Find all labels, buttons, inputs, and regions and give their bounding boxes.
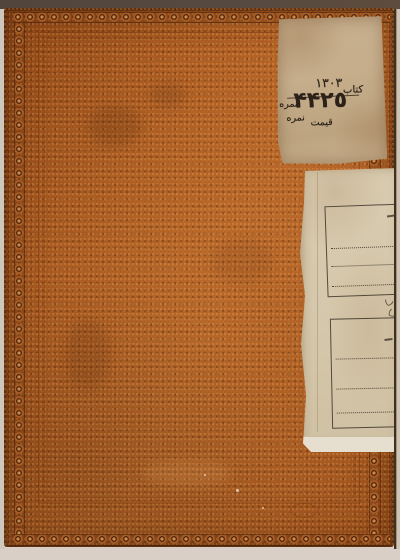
tooled-border-bottom <box>12 534 390 546</box>
catalog-label-number-word: نمره <box>279 99 298 110</box>
dotted-rule-line <box>337 410 396 413</box>
paper-crease <box>317 172 318 432</box>
leather-stain <box>212 238 272 284</box>
catalog-label-number: ۴۴۲٥ <box>297 88 347 114</box>
paint-speck <box>204 474 206 476</box>
leather-stain <box>150 82 186 108</box>
catalog-label: ١٣٠٣ كتاب ۴۴۲٥ نمره نمره قيمت <box>276 16 388 165</box>
dotted-rule-line <box>336 356 395 359</box>
dotted-rule-line <box>336 386 395 389</box>
catalog-label-number-word: نمره <box>286 112 305 123</box>
dotted-rule-line <box>331 245 395 249</box>
paint-speck <box>262 507 264 509</box>
page-edge-strip <box>394 9 400 549</box>
ledger-label <box>299 168 400 452</box>
ledger-label-bottom-strip <box>299 436 400 452</box>
worn-patch <box>142 460 232 486</box>
handwritten-mark <box>384 334 393 341</box>
dotted-rule-line <box>331 263 395 267</box>
bottom-center-tooled-motif <box>290 503 318 518</box>
book-cover-photo: ١٣٠٣ كتاب ۴۴۲٥ نمره نمره قيمت <box>0 0 400 560</box>
ledger-form-box-2 <box>330 317 400 428</box>
tooled-border-left <box>14 23 25 534</box>
leather-stain <box>88 106 142 146</box>
ledger-form-box-1 <box>324 204 400 298</box>
catalog-label-price-word: قيمت <box>310 117 332 128</box>
leather-stain <box>66 320 110 390</box>
dotted-rule-line <box>332 283 396 287</box>
paint-speck <box>236 489 239 492</box>
